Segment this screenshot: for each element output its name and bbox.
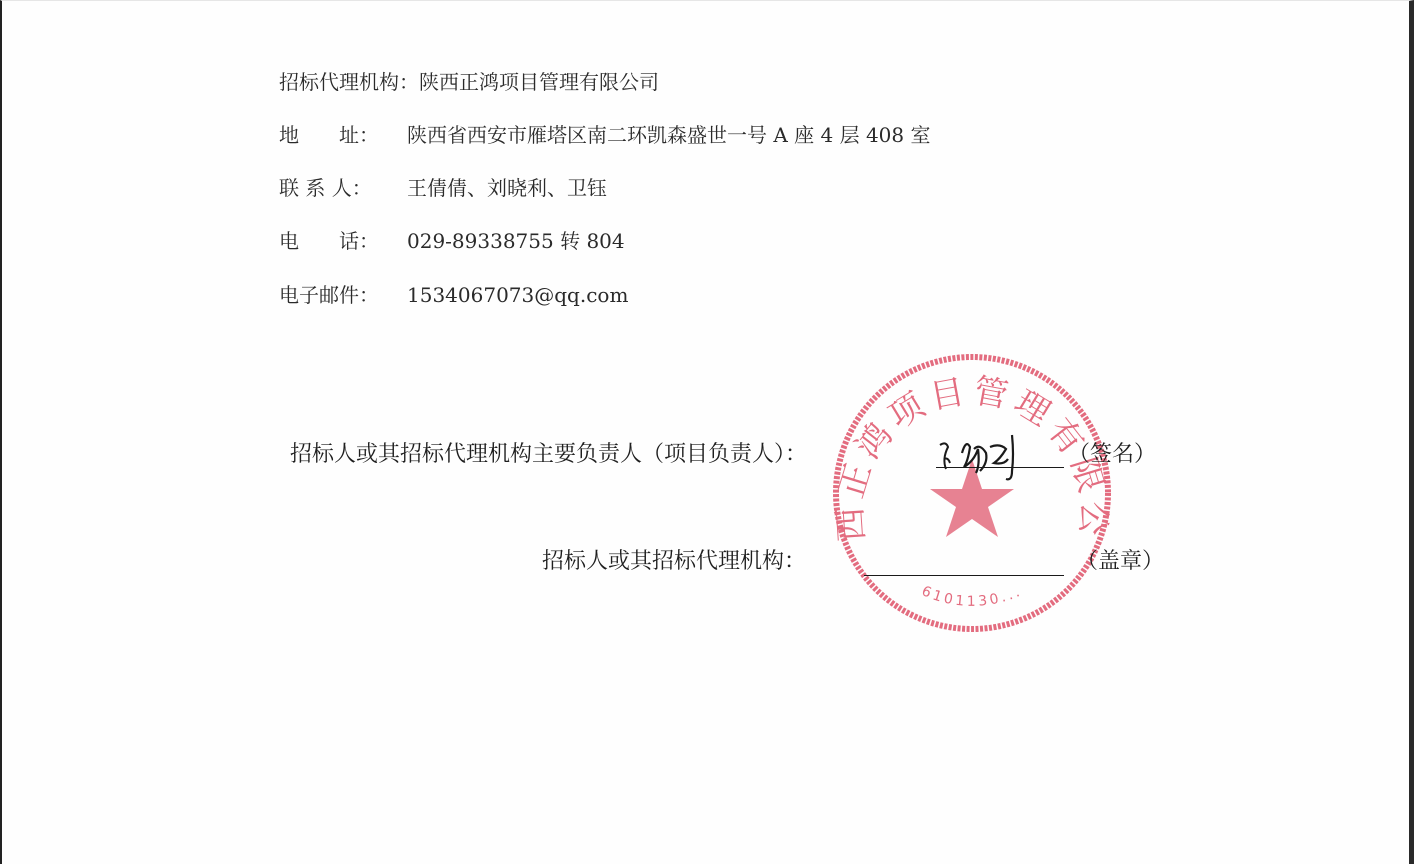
- principal-signature-blank: [936, 467, 1064, 468]
- phone-row: 电 话： 029-89338755 转 804: [279, 229, 625, 253]
- seal-label: 招标人或其招标代理机构：: [542, 548, 806, 576]
- company-seal-stamp: 陕西正鸿项目管理有限公司 6101130...: [828, 349, 1116, 637]
- phone-label: 电 话：: [279, 229, 407, 253]
- svg-text:6101130...: 6101130...: [919, 583, 1025, 610]
- address-row: 地 址： 陕西省西安市雁塔区南二环凯森盛世一号 A 座 4 层 408 室: [279, 123, 931, 147]
- star-icon: [930, 459, 1014, 537]
- agency-label: 招标代理机构：: [279, 70, 419, 94]
- address-label: 地 址：: [279, 123, 407, 147]
- email-label: 电子邮件：: [279, 283, 407, 307]
- email-value: 1534067073@qq.com: [407, 283, 628, 307]
- agency-row: 招标代理机构： 陕西正鸿项目管理有限公司: [279, 70, 659, 94]
- contacts-label: 联 系 人：: [279, 176, 407, 200]
- seal-blank: [864, 575, 1064, 576]
- seal-suffix: （盖章）: [1076, 548, 1164, 576]
- document-page: 招标代理机构： 陕西正鸿项目管理有限公司 地 址： 陕西省西安市雁塔区南二环凯森…: [0, 0, 1414, 864]
- address-value: 陕西省西安市雁塔区南二环凯森盛世一号 A 座 4 层 408 室: [407, 123, 931, 147]
- phone-value: 029-89338755 转 804: [407, 229, 625, 253]
- principal-signature-suffix: （签名）: [1068, 441, 1156, 469]
- seal-code: 6101130...: [919, 583, 1025, 610]
- agency-value: 陕西正鸿项目管理有限公司: [419, 70, 659, 94]
- email-row: 电子邮件： 1534067073@qq.com: [279, 283, 628, 307]
- handwritten-signature: [932, 419, 1052, 489]
- contacts-value: 王倩倩、刘晓利、卫钰: [407, 176, 607, 200]
- contacts-row: 联 系 人： 王倩倩、刘晓利、卫钰: [279, 176, 607, 200]
- principal-signature-label: 招标人或其招标代理机构主要负责人（项目负责人）：: [290, 441, 807, 469]
